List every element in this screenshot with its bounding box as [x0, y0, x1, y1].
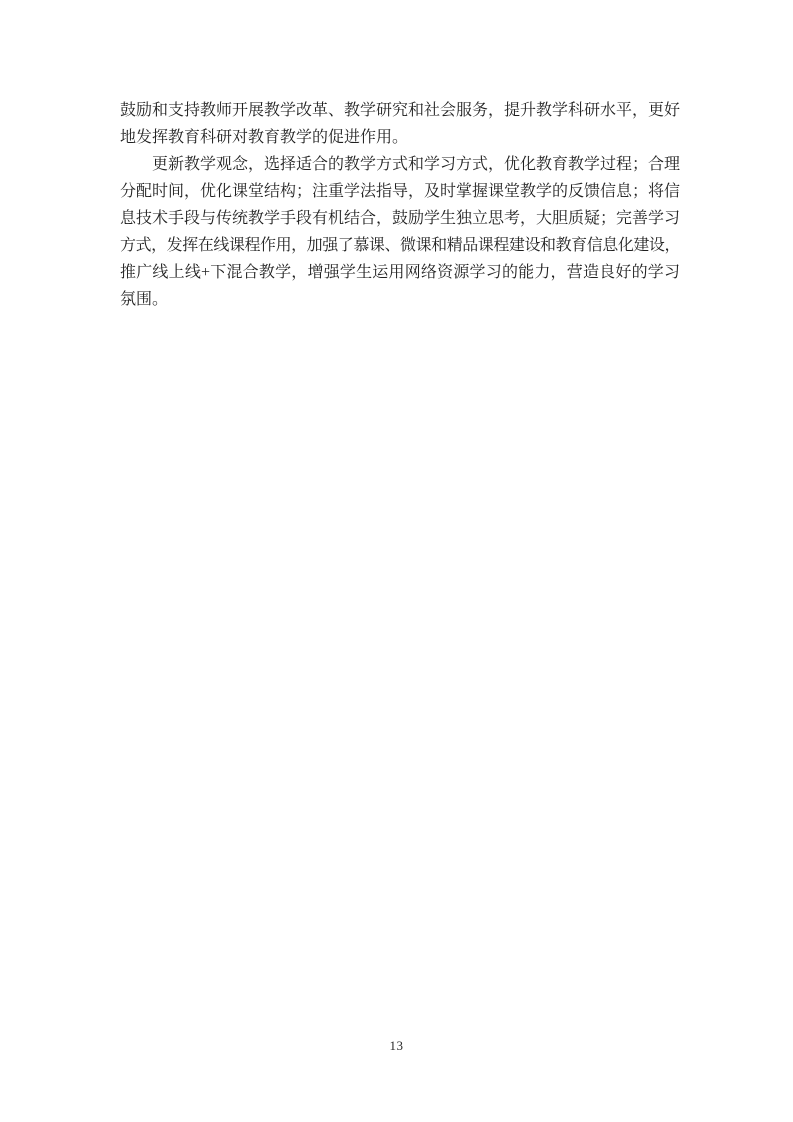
text-line: 更新教学观念，选择适合的教学方式和学习方式，优化教育教学过程；合理: [120, 151, 680, 178]
document-page: 鼓励和支持教师开展教学改革、教学研究和社会服务，提升教学科研水平，更好 地发挥教…: [0, 0, 793, 1122]
text-line: 分配时间，优化课堂结构；注重学法指导，及时掌握课堂教学的反馈信息；将信: [120, 178, 680, 205]
body-text-block: 鼓励和支持教师开展教学改革、教学研究和社会服务，提升教学科研水平，更好 地发挥教…: [120, 97, 680, 313]
text-line: 息技术手段与传统教学手段有机结合，鼓励学生独立思考，大胆质疑；完善学习: [120, 205, 680, 232]
text-line: 推广线上线+下混合教学，增强学生运用网络资源学习的能力，营造良好的学习: [120, 259, 680, 286]
text-line: 地发挥教育科研对教育教学的促进作用。: [120, 124, 680, 151]
text-line: 鼓励和支持教师开展教学改革、教学研究和社会服务，提升教学科研水平，更好: [120, 97, 680, 124]
text-line: 氛围。: [120, 286, 680, 313]
page-number: 13: [390, 1038, 404, 1053]
page-footer: 13: [0, 1037, 793, 1055]
text-line: 方式，发挥在线课程作用，加强了慕课、微课和精品课程建设和教育信息化建设，: [120, 232, 680, 259]
